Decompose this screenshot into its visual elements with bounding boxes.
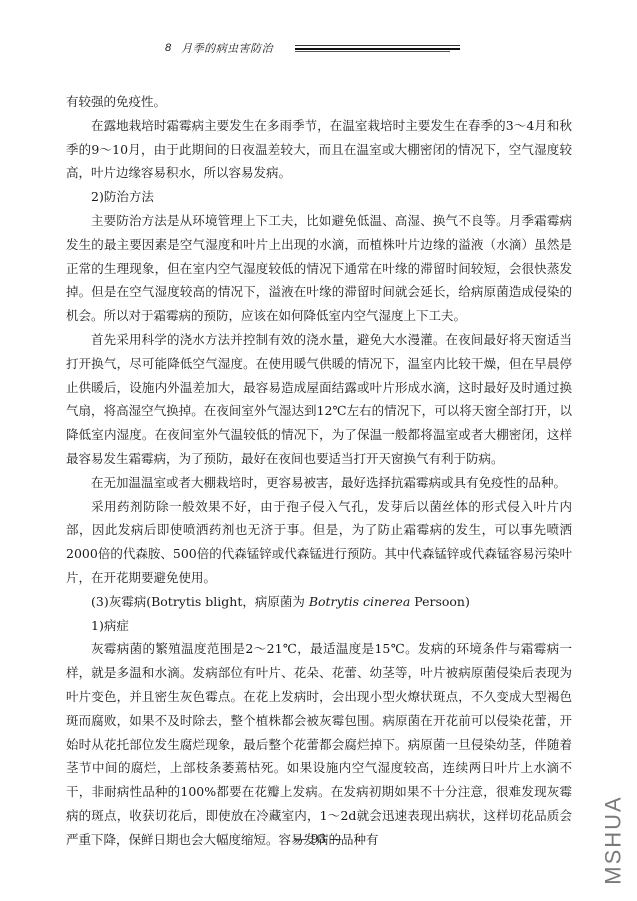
- paragraph: 主要防治方法是从环境管理上下工夫，比如避免低温、高湿、换气不良等。月季霜霉病发生…: [66, 209, 572, 328]
- subheading-symptoms: 1)病症: [66, 614, 572, 638]
- watermark: MSHUA: [596, 790, 632, 890]
- paragraph: 在无加温温室或者大棚栽培时，更容易被害，最好选择抗霜霉病或具有免疫性的品种。: [66, 471, 572, 495]
- header-rule: [295, 45, 460, 52]
- page-body: 有较强的免疫性。 在露地栽培时霜霉病主要发生在多雨季节，在温室栽培时主要发生在春…: [66, 90, 572, 852]
- page-number: — 93 —: [0, 832, 637, 846]
- watermark-text: MSHUA: [601, 795, 627, 884]
- paragraph: 首先采用科学的浇水方法并控制有效的浇水量，避免大水漫灌。在夜间最好将天窗适当打开…: [66, 328, 572, 471]
- chapter-title: 月季的病虫害防治: [181, 40, 273, 56]
- chapter-number: 8: [165, 42, 171, 54]
- section-heading-gray-mold: (3)灰霉病(Botrytis blight，病原菌为 Botrytis cin…: [66, 590, 572, 614]
- header-rule-line: [295, 51, 450, 52]
- paragraph: 采用药剂防除一般效果不好，由于孢子侵入气孔，发芽后以菌丝体的形式侵入叶片内部，因…: [66, 495, 572, 590]
- heading-text: Persoon): [410, 594, 470, 609]
- paragraph: 灰霉病菌的繁殖温度范围是2～21℃，最适温度是15℃。发病的环境条件与霜霉病一样…: [66, 637, 572, 851]
- running-head: 8 月季的病虫害防治: [165, 40, 273, 56]
- header-rule-line: [295, 45, 460, 46]
- header-rule-line: [295, 48, 460, 50]
- paragraph: 在露地栽培时霜霉病主要发生在多雨季节，在温室栽培时主要发生在春季的3～4月和秋季…: [66, 114, 572, 185]
- heading-text: (3)灰霉病(Botrytis blight，病原菌为: [91, 594, 309, 609]
- subheading-control-methods: 2)防治方法: [66, 185, 572, 209]
- paragraph-continuation: 有较强的免疫性。: [66, 90, 572, 114]
- species-name: Botrytis cinerea: [309, 594, 410, 609]
